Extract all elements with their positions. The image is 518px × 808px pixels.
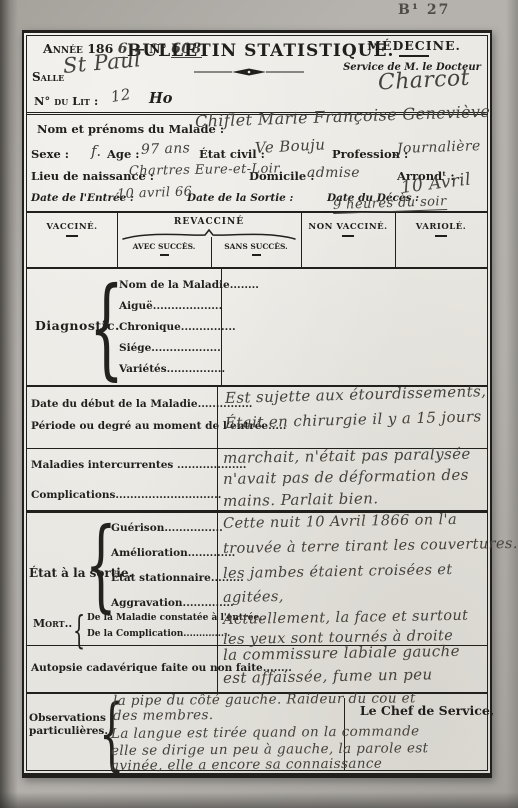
archive-stamp: B¹ 27 (398, 2, 450, 18)
avec-succes-text: AVEC SUCCÈS. (133, 242, 196, 251)
sortie-note-handwritten: Cette nuit 10 Avril 1866 on l'a (223, 512, 457, 532)
revaccine-brace (121, 228, 297, 240)
sortie-section: État à la sortie. { Guérison............… (27, 513, 487, 646)
document-title: BULLETIN STATISTIQUE. (127, 41, 371, 61)
vaccine-header: VACCINÉ. (27, 222, 117, 237)
maladies-row1-label: Maladies intercurrentes ................… (31, 459, 246, 471)
debut-divider (217, 387, 218, 448)
title-ornament (194, 67, 304, 77)
diagnostic-item: Nom de la Maladie........ (119, 279, 259, 291)
debut-note-handwritten: Était en chirurgie il y a 15 jours (225, 407, 482, 432)
sans-succes-text: SANS SUCCÈS. (224, 242, 288, 251)
sortie-note-handwritten: trouvée à terre tirant les couvertures. (223, 536, 518, 557)
lit-label: N° du Lit : (34, 94, 98, 108)
header-section: Année 186 6 — N° 608 Salle St Paul N° du… (27, 36, 487, 115)
sortie-item: Guérison................ (111, 522, 223, 534)
maladies-note-handwritten: marchait, n'était pas paralysée (223, 445, 471, 467)
maladies-note-handwritten: mains. Parlait bien. (223, 489, 379, 510)
sortie-label: Date de la Sortie : (187, 192, 293, 204)
diagnostic-item: Aiguë................... (119, 300, 222, 312)
bulletin-card: Année 186 6 — N° 608 Salle St Paul N° du… (22, 30, 492, 778)
sortie-item: Amélioration............. (111, 547, 235, 559)
book-binding-shadow (0, 0, 18, 808)
age-label: Age : (107, 147, 140, 161)
mort-brace: { (73, 611, 85, 649)
avec-succes-header: AVEC SUCCÈS. (117, 242, 211, 256)
observations-note-handwritten: la pipe du côté gauche. Raideur du cou e… (113, 690, 416, 709)
maladies-row2-label: Complications...........................… (31, 489, 221, 501)
autopsie-note-handwritten: est affaissée, fume un peu (223, 665, 433, 687)
sans-succes-dash (252, 254, 261, 256)
vaccine-text: VACCINÉ. (46, 222, 97, 232)
observations-label-line1: Observations (29, 712, 106, 724)
observations-note-handwritten: La langue est tirée quand on la commande (111, 723, 420, 742)
sortie-note-handwritten: agitées, (223, 589, 284, 606)
observations-note-handwritten: des membres. (113, 707, 214, 724)
non-vaccine-header: NON VACCINÉ. (301, 222, 395, 237)
medecine-label: MÉDECINE. (339, 38, 489, 57)
sortie-item: Aggravation.............. (111, 597, 234, 609)
debut-row1-label: Date du début de la Maladie.............… (31, 398, 252, 410)
observations-note-handwritten: avinée, elle a encore sa connaissance (111, 756, 382, 774)
diagnostic-item: Chronique............... (119, 321, 236, 333)
sortie-note-handwritten: les jambes étaient croisées et (223, 562, 453, 582)
profession-value-handwritten: Journalière (397, 138, 481, 157)
variole-header: VARIOLÉ. (395, 222, 487, 237)
sortie-note-handwritten: Actuellement, la face et surtout (223, 608, 469, 628)
diagnostic-item: Siége................... (119, 342, 221, 354)
page-bottom-shadow (0, 792, 518, 808)
bulletin-card-inner-border: Année 186 6 — N° 608 Salle St Paul N° du… (26, 35, 488, 771)
domicile-value-handwritten: admise (307, 165, 360, 181)
paper-right-edge (506, 0, 518, 808)
sexe-label: Sexe : (31, 147, 69, 161)
salle-label: Salle (32, 70, 64, 84)
non-vaccine-dash (342, 235, 354, 237)
revaccine-header: REVACCINÉ (117, 217, 301, 227)
maladies-section: Maladies intercurrentes ................… (27, 449, 487, 513)
maladies-note-handwritten: n'avait pas de déformation des (223, 466, 469, 488)
diagnostic-section: Diagnostic. { Nom de la Maladie........ … (27, 269, 487, 387)
observations-section: Observations particulières. { Le Chef de… (27, 694, 487, 770)
etat-civil-value-handwritten: Ve Bouju (255, 135, 326, 157)
sortie-brace: { (85, 515, 117, 615)
patient-section: Nom et prénoms du Malade : Chiflet Marie… (27, 115, 487, 213)
diagnostic-brace: { (89, 272, 124, 382)
mort-item: De la Complication............... (87, 629, 230, 639)
autopsie-section: Autopsie cadavérique faite ou non faite.… (27, 646, 487, 694)
naissance-value-handwritten: Chartres Eure-et-Loir (129, 161, 280, 179)
scanned-page: B¹ 27 Année 186 6 — N° 608 Salle St Paul… (0, 0, 518, 808)
mort-label: Mort.. (33, 617, 72, 630)
non-vaccine-text: NON VACCINÉ. (308, 222, 387, 232)
age-value-handwritten: 97 ans (141, 140, 191, 158)
entree-value-handwritten: 10 avril 66 (117, 184, 193, 202)
variole-text: VARIOLÉ. (416, 222, 466, 232)
autopsie-note-handwritten: la commissure labiale gauche (223, 642, 460, 664)
vaccination-section: VACCINÉ. REVACCINÉ AVEC SUCCÈS. SANS SUC… (27, 213, 487, 269)
variole-dash (435, 235, 447, 237)
debut-section: Date du début de la Maladie.............… (27, 387, 487, 449)
lit-value-handwritten: 12 (110, 85, 132, 106)
avec-succes-dash (160, 254, 169, 256)
medecine-text: MÉDECINE. (367, 38, 461, 53)
deces-value-line2-handwritten: 9 heures du soir (333, 194, 447, 214)
sans-succes-header: SANS SUCCÈS. (211, 242, 301, 256)
ho-label: Ho (149, 90, 172, 107)
observations-label-line2: particulières. (29, 725, 108, 737)
medecine-underline (399, 55, 429, 57)
diagnostic-item: Variétés................ (119, 363, 225, 375)
sexe-value-handwritten: f. (91, 142, 102, 160)
vaccine-dash (66, 235, 78, 237)
